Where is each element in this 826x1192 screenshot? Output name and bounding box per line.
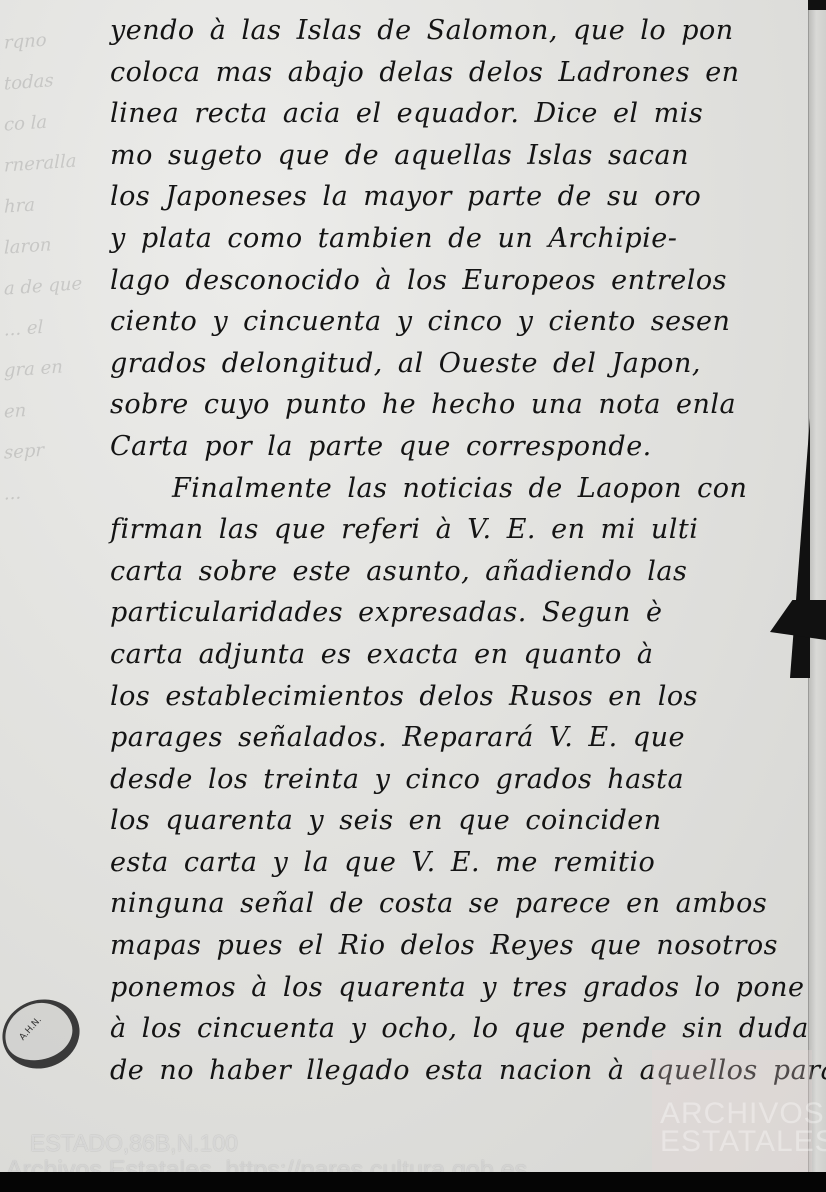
- text-line: linea recta acia el equador. Dice el mis: [110, 93, 810, 135]
- text-line: parages señalados. Reparará V. E. que: [110, 717, 810, 759]
- archive-logo-text: ARCHIVOS ESTATALES: [660, 1100, 826, 1156]
- text-line: yendo à las Islas de Salomon, que lo pon: [110, 10, 810, 52]
- text-line: firman las que referi à V. E. en mi ulti: [110, 509, 810, 551]
- text-line: y plata como tambien de un Archipie-: [110, 218, 810, 260]
- page-corner-shadow: [808, 0, 826, 10]
- logo-line: ARCHIVOS: [660, 1100, 826, 1128]
- text-line: ponemos à los quarenta y tres grados lo …: [110, 967, 810, 1009]
- text-line: los establecimientos delos Rusos en los: [110, 676, 810, 718]
- text-line: lago desconocido à los Europeos entrelos: [110, 260, 810, 302]
- text-line: à los cincuenta y ocho, lo que pende sin…: [110, 1008, 810, 1050]
- text-line: carta adjunta es exacta en quanto à: [110, 634, 810, 676]
- text-line: ninguna señal de costa se parece en ambo…: [110, 883, 810, 925]
- logo-line: ESTATALES: [660, 1128, 826, 1156]
- text-line: los Japoneses la mayor parte de su oro: [110, 176, 810, 218]
- text-line: carta sobre este asunto, añadiendo las: [110, 551, 810, 593]
- paragraph-start-line: Finalmente las noticias de Laopon con: [110, 468, 810, 510]
- text-line: mapas pues el Rio delos Reyes que nosotr…: [110, 925, 810, 967]
- text-line: grados delongitud, al Oueste del Japon,: [110, 343, 810, 385]
- manuscript-page: rqno todas co la rneralla hra laron a de…: [0, 0, 826, 1172]
- text-line: ciento y cincuenta y cinco y ciento sese…: [110, 301, 810, 343]
- stamp-text: A.H.N.: [18, 1015, 44, 1042]
- scan-border: [0, 1172, 826, 1192]
- text-line: Carta por la parte que corresponde.: [110, 426, 810, 468]
- text-line: coloca mas abajo delas delos Ladrones en: [110, 52, 810, 94]
- text-line: esta carta y la que V. E. me remitio: [110, 842, 810, 884]
- text-line: los quarenta y seis en que coinciden: [110, 800, 810, 842]
- manuscript-text: yendo à las Islas de Salomon, que lo pon…: [110, 10, 810, 1091]
- text-line: mo sugeto que de aquellas Islas sacan: [110, 135, 810, 177]
- text-line: desde los treinta y cinco grados hasta: [110, 759, 810, 801]
- text-line: sobre cuyo punto he hecho una nota enla: [110, 384, 810, 426]
- text-line: particularidades expresadas. Segun è: [110, 592, 810, 634]
- page-fold-edge: [808, 0, 826, 1172]
- document-reference-watermark: ESTADO,86B,N.100: [30, 1130, 238, 1157]
